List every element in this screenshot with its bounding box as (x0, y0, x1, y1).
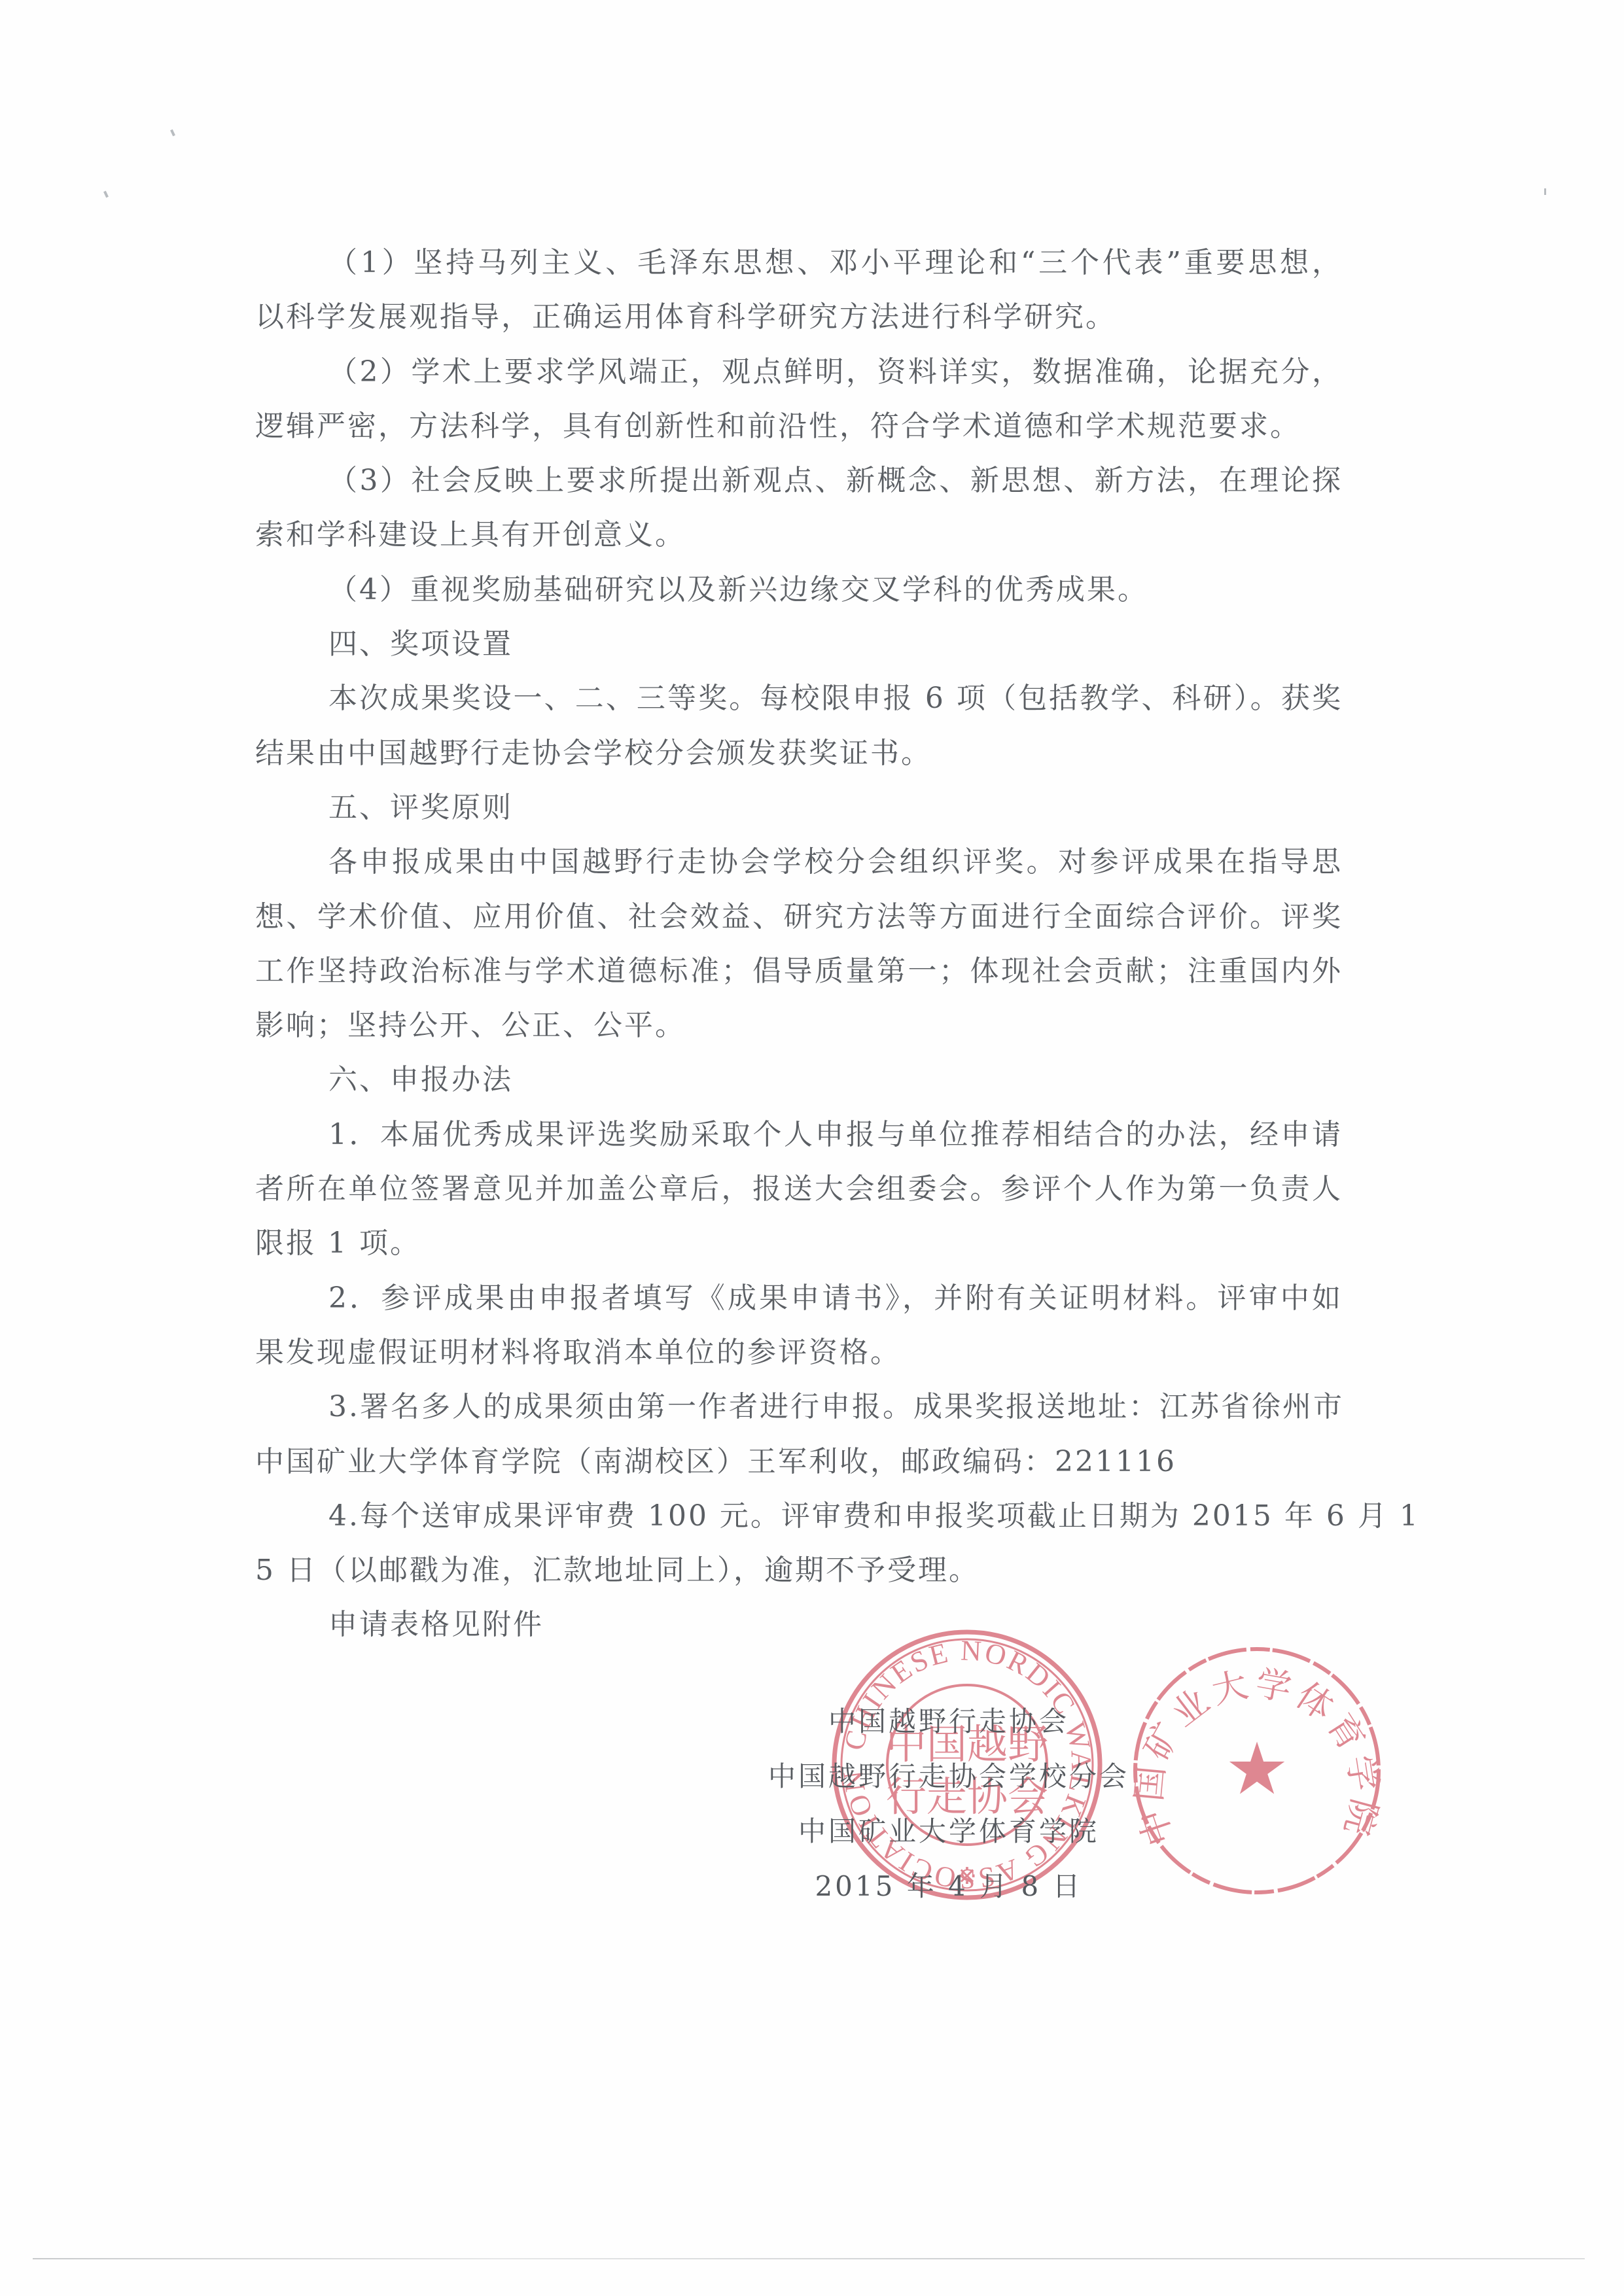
section-line: 六、申报办法 (255, 1052, 1343, 1107)
body-line: （3）社会反映上要求所提出新观点、新概念、新思想、新方法，在理论探 (255, 453, 1343, 508)
section-line: （4）重视奖励基础研究以及新兴边缘交叉学科的优秀成果。 (255, 563, 1343, 617)
signature-org-2: 中国越野行走协会学校分会 (680, 1749, 1217, 1804)
body-line: 果发现虚假证明材料将取消本单位的参评资格。 (255, 1325, 1343, 1380)
signature-date: 2015 年 4 月 8 日 (680, 1859, 1217, 1914)
scan-speck (170, 130, 175, 137)
section-line: 四、奖项设置 (255, 617, 1343, 671)
body-line: 想、学术价值、应用价值、社会效益、研究方法等方面进行全面综合评价。评奖 (255, 890, 1343, 944)
star-icon: ★ (1225, 1727, 1290, 1811)
section-line: 五、评奖原则 (255, 780, 1343, 835)
body-line: 4.每个送审成果评审费 100 元。评审费和申报奖项截止日期为 2015 年 6… (255, 1489, 1343, 1543)
signature-block: 中国越野行走协会 中国越野行走协会学校分会 中国矿业大学体育学院 2015 年 … (680, 1694, 1217, 1914)
body-line: （1）坚持马列主义、毛泽东思想、邓小平理论和“三个代表”重要思想， (255, 235, 1343, 290)
body-line: 1．本届优秀成果评选奖励采取个人申报与单位推荐相结合的办法，经申请 (255, 1107, 1343, 1162)
body-line: 结果由中国越野行走协会学校分会颁发获奖证书。 (255, 726, 1343, 780)
body-line: 以科学发展观指导，正确运用体育科学研究方法进行科学研究。 (255, 290, 1343, 344)
body-line: 影响；坚持公开、公正、公平。 (255, 998, 1343, 1052)
body-line: 2．参评成果由申报者填写《成果申请书》，并附有关证明材料。评审中如 (255, 1271, 1343, 1325)
scan-speck (1544, 188, 1546, 195)
scan-edge-line (33, 2258, 1585, 2259)
body-line: 本次成果奖设一、二、三等奖。每校限申报 6 项（包括教学、科研）。获奖 (255, 671, 1343, 725)
signature-org-1: 中国越野行走协会 (680, 1694, 1217, 1749)
scan-speck (103, 191, 109, 198)
document-body: （1）坚持马列主义、毛泽东思想、邓小平理论和“三个代表”重要思想，以科学发展观指… (255, 235, 1343, 1652)
body-line: 中国矿业大学体育学院（南湖校区）王军利收，邮政编码：221116 (255, 1435, 1343, 1489)
body-line: 5 日（以邮戳为准，汇款地址同上），逾期不予受理。 (255, 1543, 1343, 1597)
document-page: （1）坚持马列主义、毛泽东思想、邓小平理论和“三个代表”重要思想，以科学发展观指… (0, 0, 1624, 2296)
body-line: （2）学术上要求学风端正，观点鲜明，资料详实，数据准确，论据充分， (255, 345, 1343, 399)
body-line: 者所在单位签署意见并加盖公章后，报送大会组委会。参评个人作为第一负责人 (255, 1162, 1343, 1216)
body-line: 工作坚持政治标准与学术道德标准；倡导质量第一；体现社会贡献；注重国内外 (255, 944, 1343, 998)
body-line: 各申报成果由中国越野行走协会学校分会组织评奖。对参评成果在指导思 (255, 835, 1343, 889)
signature-org-3: 中国矿业大学体育学院 (680, 1804, 1217, 1859)
body-line: 限报 1 项。 (255, 1216, 1343, 1270)
body-line: 逻辑严密，方法科学，具有创新性和前沿性，符合学术道德和学术规范要求。 (255, 399, 1343, 453)
body-line: 3.署名多人的成果须由第一作者进行申报。成果奖报送地址：江苏省徐州市 (255, 1380, 1343, 1434)
body-line: 索和学科建设上具有开创意义。 (255, 508, 1343, 562)
